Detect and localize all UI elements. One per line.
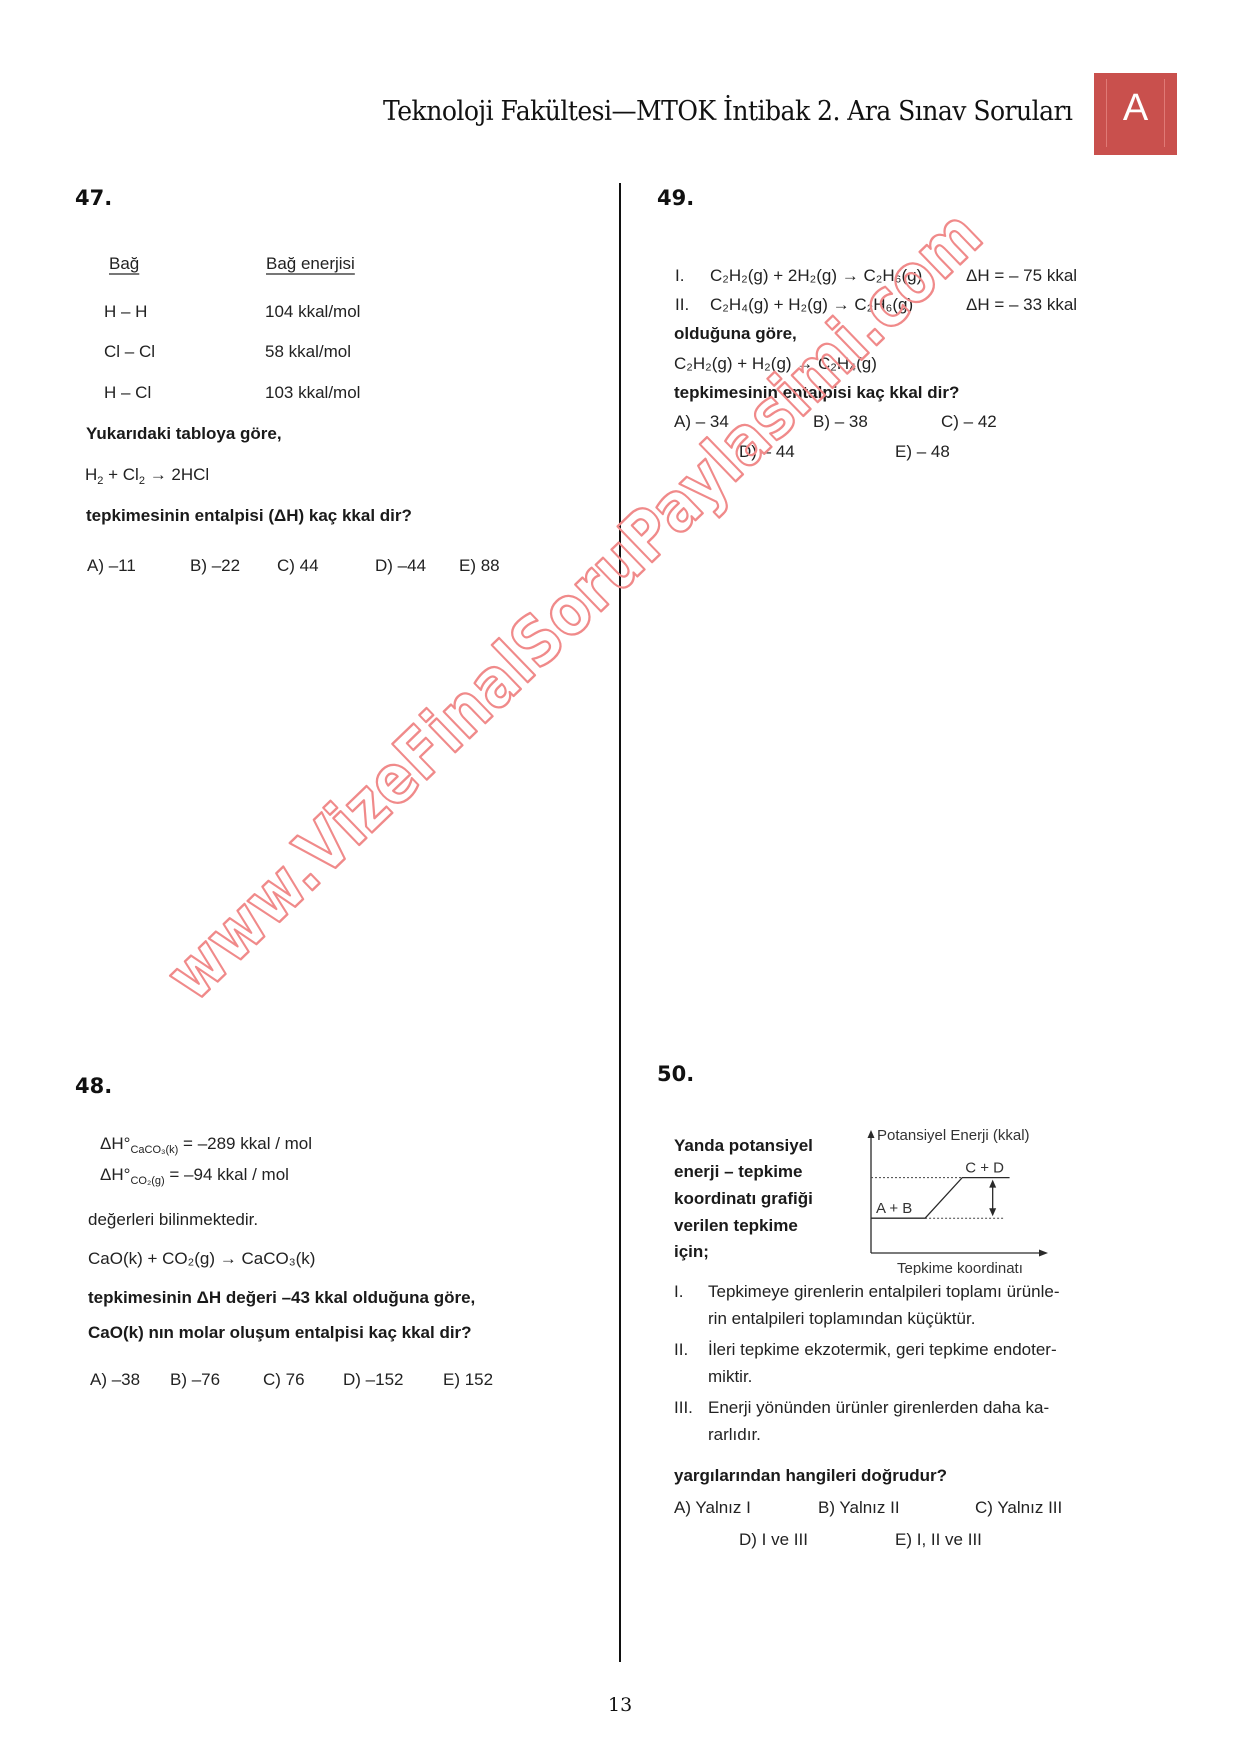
given-enthalpy-co2: ΔH°CO₂(g) = –94 kkal / mol bbox=[100, 1165, 289, 1185]
potential-energy-diagram: Potansiyel Enerji (kkal) Tepkime koordin… bbox=[850, 1125, 1060, 1275]
equation: C₂H₄(g) + H₂(g) → C₂H₆(g) bbox=[710, 295, 913, 315]
question-text: tepkimesinin entalpisi (ΔH) kaç kkal dir… bbox=[86, 506, 412, 526]
option-b[interactable]: B) –22 bbox=[190, 556, 240, 576]
x-axis-arrow-icon bbox=[1039, 1250, 1048, 1257]
statement-text: Tepkimeye girenlerin entalpileri toplamı… bbox=[708, 1282, 1060, 1302]
products-label: C + D bbox=[965, 1160, 1004, 1177]
table-cell-energy: 103 kkal/mol bbox=[265, 383, 360, 403]
option-b[interactable]: B) –76 bbox=[170, 1370, 220, 1390]
known-values-text: değerleri bilinmektedir. bbox=[88, 1210, 258, 1230]
statement-text: Enerji yönünden ürünler girenlerden daha… bbox=[708, 1398, 1049, 1418]
according-text: olduğuna göre, bbox=[674, 324, 797, 344]
table-cell-bond: H – Cl bbox=[104, 383, 151, 403]
option-d[interactable]: D) I ve III bbox=[739, 1530, 808, 1550]
arrow-up-icon bbox=[989, 1180, 996, 1188]
question-text: yargılarından hangileri doğrudur? bbox=[674, 1466, 947, 1486]
question-text: CaO(k) nın molar oluşum entalpisi kaç kk… bbox=[88, 1323, 472, 1343]
option-b[interactable]: B) – 38 bbox=[813, 412, 868, 432]
equation-label: I. bbox=[675, 266, 684, 286]
arrow-down-icon bbox=[989, 1208, 996, 1216]
option-e[interactable]: E) 152 bbox=[443, 1370, 493, 1390]
intro-line: için; bbox=[674, 1242, 709, 1262]
booklet-letter: A bbox=[1094, 87, 1177, 130]
page-header-title: Teknoloji Fakültesi—MTOK İntibak 2. Ara … bbox=[383, 96, 1072, 127]
table-header-energy: Bağ enerjisi bbox=[266, 254, 355, 274]
question-text: tepkimesinin ΔH değeri –43 kkal olduğuna… bbox=[88, 1288, 475, 1308]
option-d[interactable]: D) – 44 bbox=[739, 442, 795, 462]
booklet-badge: A bbox=[1094, 73, 1177, 155]
option-e[interactable]: E) 88 bbox=[459, 556, 500, 576]
option-b[interactable]: B) Yalnız II bbox=[818, 1498, 900, 1518]
option-c[interactable]: C) 76 bbox=[263, 1370, 305, 1390]
reaction-equation: H2 + Cl2 → 2HCl bbox=[85, 465, 209, 485]
question-intro: Yukarıdaki tabloya göre, bbox=[86, 424, 282, 444]
question-text: tepkimesinin entalpisi kaç kkal dir? bbox=[674, 383, 959, 403]
y-axis-arrow-icon bbox=[868, 1130, 875, 1138]
table-cell-energy: 58 kkal/mol bbox=[265, 342, 351, 362]
statement-text: İleri tepkime ekzotermik, geri tepkime e… bbox=[708, 1340, 1057, 1360]
option-a[interactable]: A) – 34 bbox=[674, 412, 729, 432]
intro-line: Yanda potansiyel bbox=[674, 1136, 813, 1156]
statement-text: rarlıdır. bbox=[708, 1425, 761, 1445]
question-number: 49. bbox=[657, 186, 694, 210]
intro-line: enerji – tepkime bbox=[674, 1162, 803, 1182]
equation-enthalpy: ΔH = – 75 kkal bbox=[966, 266, 1077, 286]
given-enthalpy-caco3: ΔH°CaCO₃(k) = –289 kkal / mol bbox=[100, 1134, 312, 1154]
table-cell-bond: H – H bbox=[104, 302, 147, 322]
x-axis-label: Tepkime koordinatı bbox=[897, 1260, 1023, 1275]
question-number: 47. bbox=[75, 186, 112, 210]
option-a[interactable]: A) Yalnız I bbox=[674, 1498, 751, 1518]
reaction-equation: CaO(k) + CO₂(g) → CaCO₃(k) bbox=[88, 1249, 315, 1269]
option-d[interactable]: D) –44 bbox=[375, 556, 426, 576]
intro-line: koordinatı grafiği bbox=[674, 1189, 813, 1209]
equation-enthalpy: ΔH = – 33 kkal bbox=[966, 295, 1077, 315]
equation-label: II. bbox=[675, 295, 689, 315]
column-divider bbox=[619, 183, 621, 1662]
option-e[interactable]: E) – 48 bbox=[895, 442, 950, 462]
statement-text: miktir. bbox=[708, 1367, 752, 1387]
table-cell-energy: 104 kkal/mol bbox=[265, 302, 360, 322]
y-axis-label: Potansiyel Enerji (kkal) bbox=[877, 1127, 1030, 1144]
question-number: 48. bbox=[75, 1074, 112, 1098]
table-header-bond: Bağ bbox=[109, 254, 139, 274]
option-c[interactable]: C) – 42 bbox=[941, 412, 997, 432]
question-number: 50. bbox=[657, 1062, 694, 1086]
option-c[interactable]: C) 44 bbox=[277, 556, 319, 576]
option-e[interactable]: E) I, II ve III bbox=[895, 1530, 982, 1550]
statement-label: I. bbox=[674, 1282, 683, 1302]
intro-line: verilen tepkime bbox=[674, 1216, 798, 1236]
option-d[interactable]: D) –152 bbox=[343, 1370, 403, 1390]
statement-label: III. bbox=[674, 1398, 693, 1418]
option-a[interactable]: A) –11 bbox=[87, 556, 136, 576]
statement-text: rin entalpileri toplamından küçüktür. bbox=[708, 1309, 975, 1329]
reactants-label: A + B bbox=[876, 1200, 912, 1217]
target-reaction: C₂H₂(g) + H₂(g) → C₂H₄(g) bbox=[674, 354, 877, 374]
option-a[interactable]: A) –38 bbox=[90, 1370, 140, 1390]
equation: C₂H₂(g) + 2H₂(g) → C₂H₆(g) bbox=[710, 266, 922, 286]
table-cell-bond: Cl – Cl bbox=[104, 342, 155, 362]
statement-label: II. bbox=[674, 1340, 688, 1360]
option-c[interactable]: C) Yalnız III bbox=[975, 1498, 1062, 1518]
page-number: 13 bbox=[608, 1694, 632, 1716]
